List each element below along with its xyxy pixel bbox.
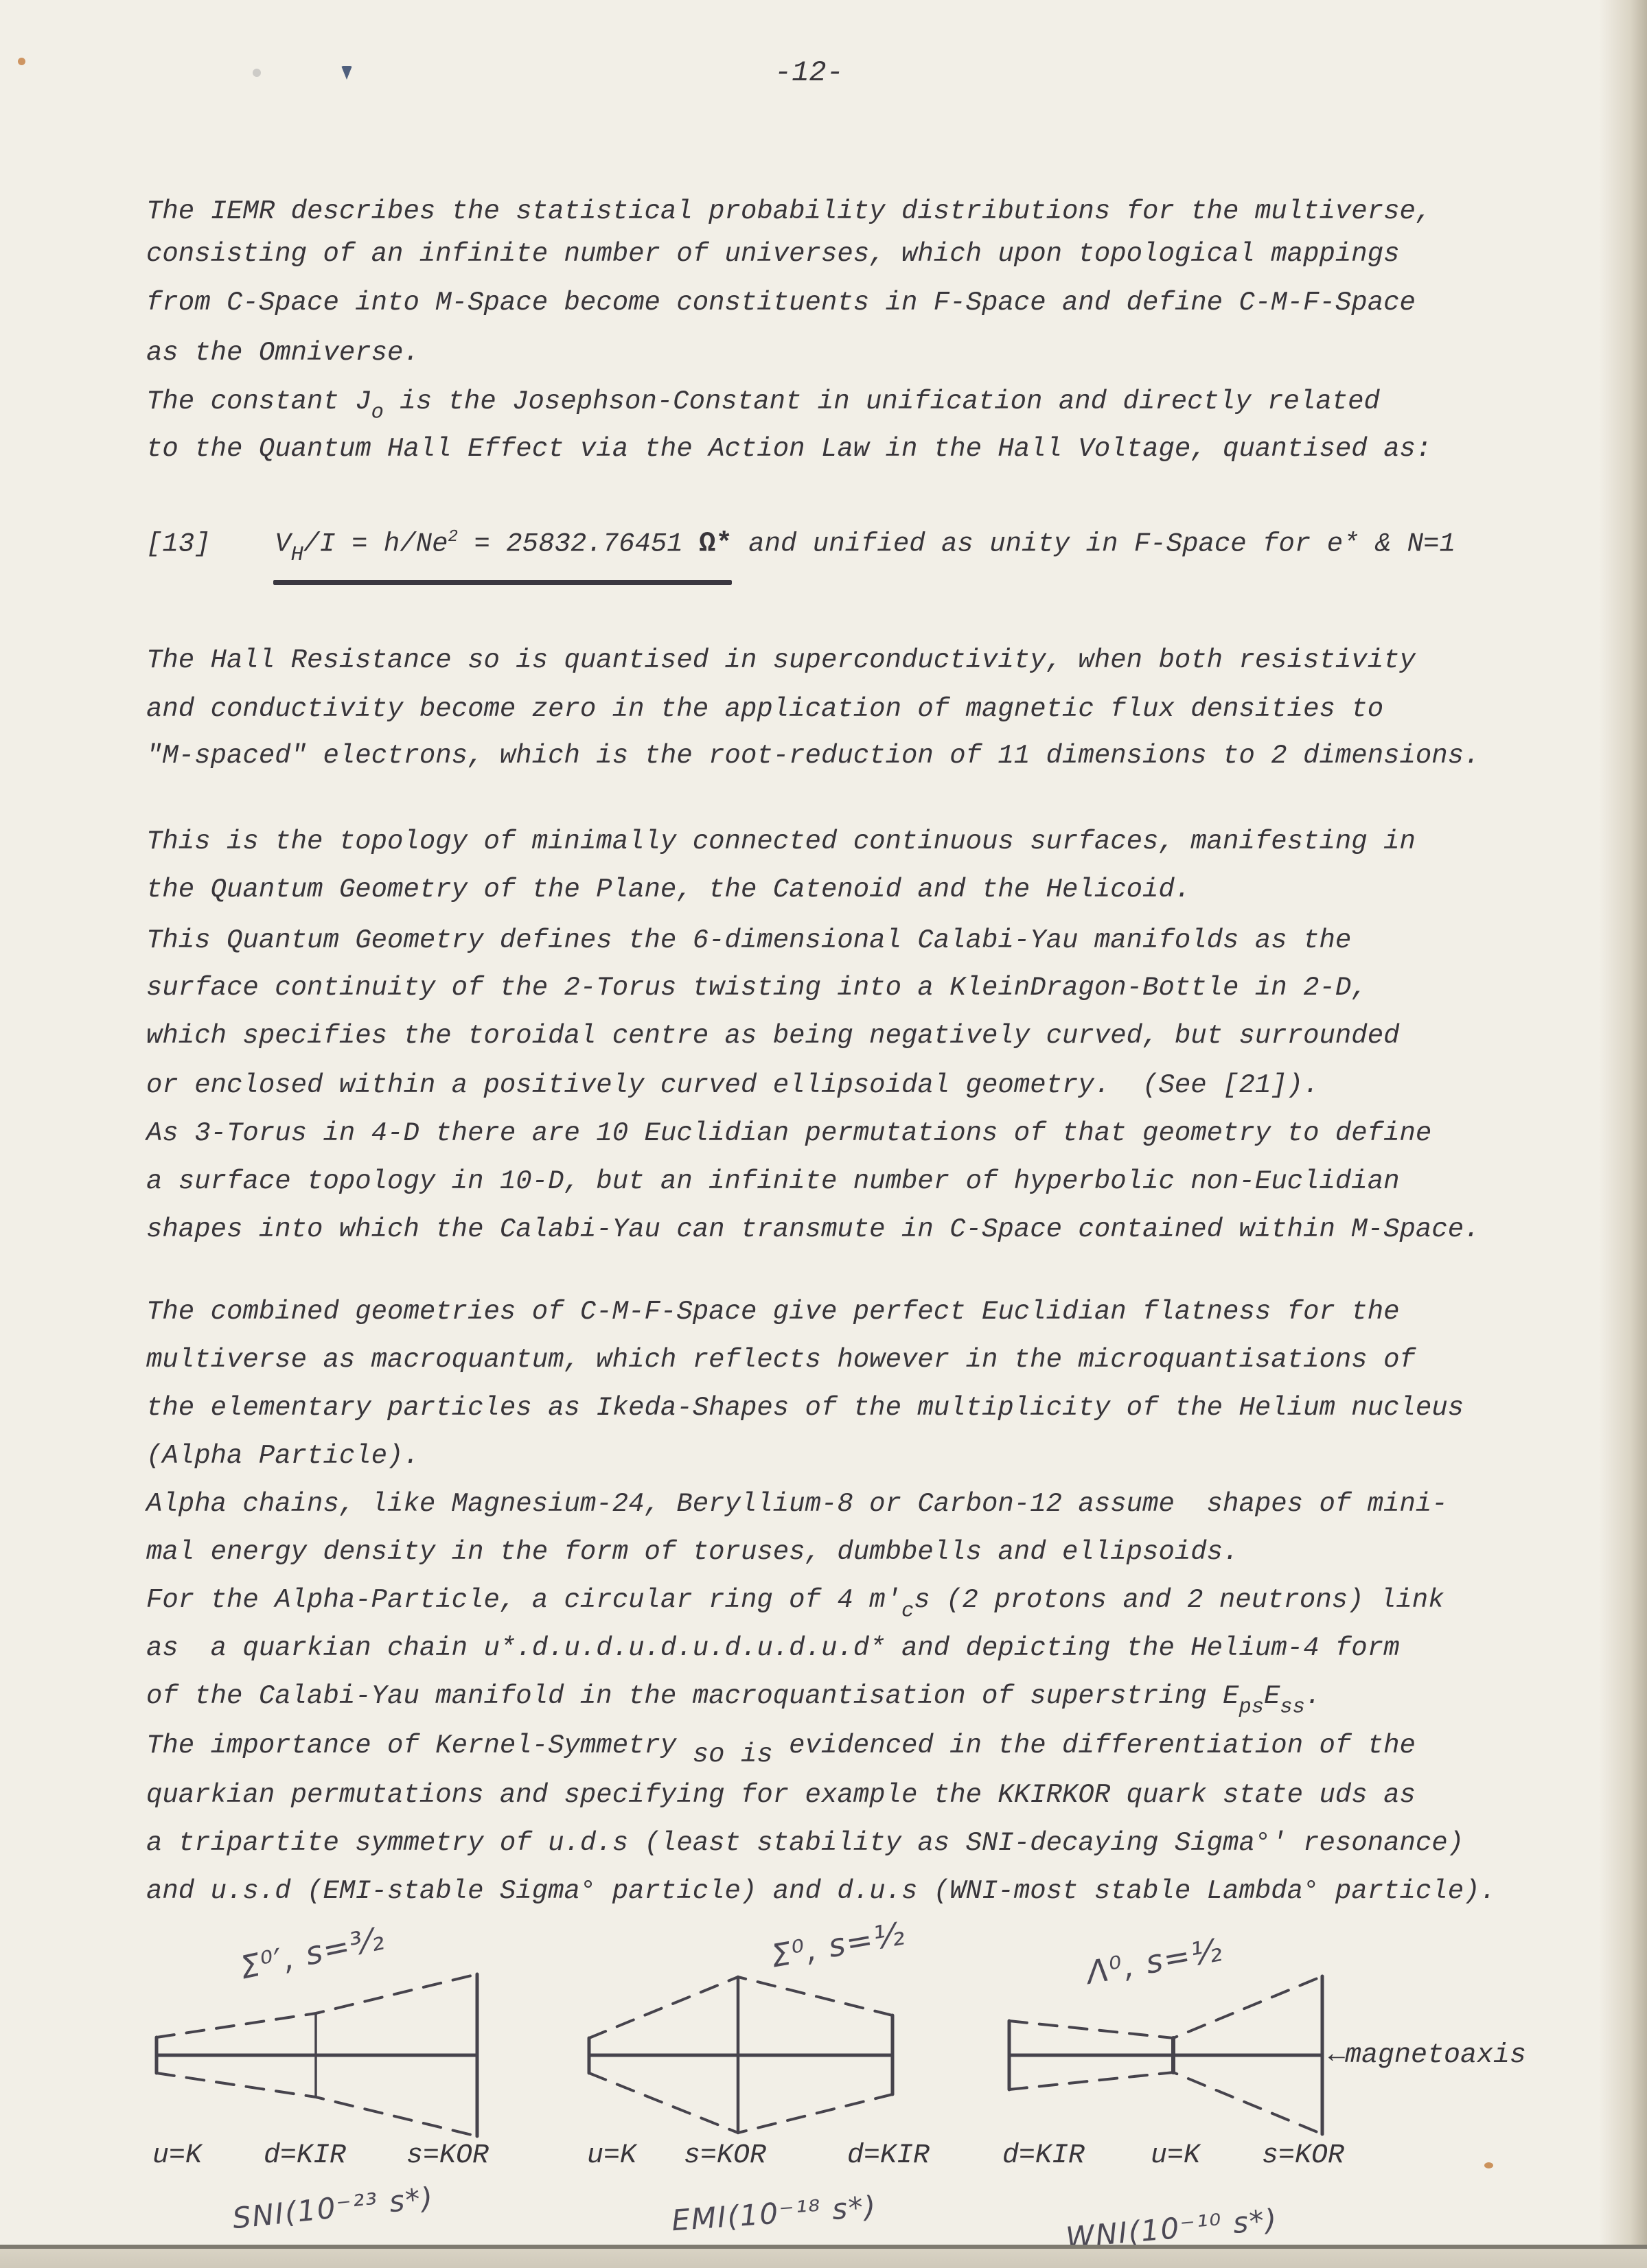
text-line: multiverse as macroquantum, which reflec… bbox=[146, 1343, 1416, 1377]
text-segment: H bbox=[291, 544, 303, 567]
text-line: mal energy density in the form of toruse… bbox=[146, 1535, 1239, 1569]
text-segment: surface continuity of the 2-Torus twisti… bbox=[146, 973, 1368, 1003]
quark-label: u=K bbox=[152, 2140, 202, 2171]
text-segment: ps bbox=[1239, 1696, 1264, 1720]
text-line: to the Quantum Hall Effect via the Actio… bbox=[146, 432, 1431, 466]
text-line: from C-Space into M-Space become constit… bbox=[146, 286, 1416, 320]
text-segment: shapes into which the Calabi-Yau can tra… bbox=[146, 1214, 1480, 1245]
text-line: as the Omniverse. bbox=[146, 336, 419, 370]
quark-label: u=K bbox=[587, 2140, 636, 2171]
quark-label: u=K bbox=[1151, 2140, 1200, 2171]
envelope-dashed-top bbox=[1009, 1976, 1322, 2038]
text-segment: and unified as unity in F-Space for e* &… bbox=[733, 529, 1455, 559]
text-line: The Hall Resistance so is quantised in s… bbox=[146, 643, 1416, 678]
text-segment: is the Josephson-Constant in unification… bbox=[384, 386, 1380, 417]
text-segment: the elementary particles as Ikeda-Shapes… bbox=[146, 1393, 1464, 1423]
text-line: quarkian permutations and specifying for… bbox=[146, 1778, 1416, 1812]
text-segment: of the Calabi-Yau manifold in the macroq… bbox=[146, 1681, 1239, 1711]
text-segment: o bbox=[371, 402, 384, 425]
quark-label: d=KIR bbox=[847, 2140, 930, 2171]
text-segment: and conductivity become zero in the appl… bbox=[146, 694, 1383, 724]
text-segment: or enclosed within a positively curved e… bbox=[146, 1070, 1319, 1100]
paper-speck bbox=[18, 58, 25, 65]
text-line: as a quarkian chain u*.d.u.d.u.d.u.d.u.d… bbox=[146, 1631, 1400, 1665]
text-line: Alpha chains, like Magnesium-24, Berylli… bbox=[146, 1487, 1448, 1521]
text-segment: . bbox=[1305, 1681, 1321, 1711]
text-segment: = 25832.76451 bbox=[458, 529, 699, 559]
text-line: shapes into which the Calabi-Yau can tra… bbox=[146, 1212, 1480, 1247]
text-segment: The IEMR describes the statistical proba… bbox=[146, 196, 1431, 227]
text-line: a tripartite symmetry of u.d.s (least st… bbox=[146, 1826, 1464, 1860]
text-segment: The combined geometries of C-M-F-Space g… bbox=[146, 1297, 1400, 1327]
ink-mark bbox=[341, 66, 352, 80]
text-segment: the Quantum Geometry of the Plane, the C… bbox=[146, 875, 1190, 905]
text-line: and conductivity become zero in the appl… bbox=[146, 692, 1383, 726]
text-line: The constant Jo is the Josephson-Constan… bbox=[146, 384, 1380, 430]
text-segment: This is the topology of minimally connec… bbox=[146, 826, 1416, 857]
quark-label: s=KOR bbox=[684, 2140, 766, 2171]
text-segment: as the Omniverse. bbox=[146, 338, 419, 368]
text-segment: The importance of Kernel-Symmetry bbox=[146, 1731, 693, 1761]
document-page: -12- The IEMR describes the statistical … bbox=[0, 0, 1647, 2268]
text-line: of the Calabi-Yau manifold in the macroq… bbox=[146, 1679, 1321, 1725]
text-line: The combined geometries of C-M-F-Space g… bbox=[146, 1295, 1400, 1329]
text-line: This Quantum Geometry defines the 6-dime… bbox=[146, 923, 1351, 958]
magnetoaxis-label: ←magnetoaxis bbox=[1328, 2040, 1526, 2071]
text-line: For the Alpha-Particle, a circular ring … bbox=[146, 1583, 1444, 1629]
text-segment: quarkian permutations and specifying for… bbox=[146, 1780, 1416, 1810]
text-segment: which specifies the toroidal centre as b… bbox=[146, 1021, 1400, 1051]
text-line: the elementary particles as Ikeda-Shapes… bbox=[146, 1391, 1464, 1425]
quark-label: s=KOR bbox=[1262, 2140, 1344, 2171]
text-segment: Ω* bbox=[699, 529, 733, 560]
envelope-dashed-bottom bbox=[1009, 2072, 1322, 2134]
text-segment: The constant J bbox=[146, 386, 371, 417]
text-line: The importance of Kernel-Symmetry so is … bbox=[146, 1728, 1416, 1763]
page-edge-shadow-bottom bbox=[0, 2249, 1647, 2268]
text-segment: As 3-Torus in 4-D there are 10 Euclidian… bbox=[146, 1118, 1431, 1148]
text-segment: V bbox=[275, 529, 290, 559]
page-number: -12- bbox=[774, 56, 844, 89]
text-line: The IEMR describes the statistical proba… bbox=[146, 194, 1431, 229]
text-segment: s (2 protons and 2 neutrons) link bbox=[914, 1585, 1444, 1615]
text-segment: mal energy density in the form of toruse… bbox=[146, 1537, 1239, 1567]
text-segment: ss bbox=[1280, 1696, 1305, 1720]
text-segment: c bbox=[901, 1600, 914, 1623]
text-line: [13] VH/I = h/Ne2 = 25832.76451 Ω* and u… bbox=[146, 520, 1455, 572]
text-segment: consisting of an infinite number of univ… bbox=[146, 239, 1400, 269]
text-line: consisting of an infinite number of univ… bbox=[146, 237, 1400, 271]
text-line: (Alpha Particle). bbox=[146, 1439, 419, 1473]
text-line: As 3-Torus in 4-D there are 10 Euclidian… bbox=[146, 1116, 1431, 1150]
text-segment: as a quarkian chain u*.d.u.d.u.d.u.d.u.d… bbox=[146, 1633, 1400, 1663]
text-segment: 2 bbox=[448, 528, 459, 546]
quark-label: d=KIR bbox=[1002, 2140, 1085, 2171]
text-line: This is the topology of minimally connec… bbox=[146, 824, 1416, 859]
text-line: or enclosed within a positively curved e… bbox=[146, 1068, 1319, 1102]
text-line: which specifies the toroidal centre as b… bbox=[146, 1019, 1400, 1053]
text-segment: "M-spaced" electrons, which is the root-… bbox=[146, 741, 1480, 771]
text-segment: For the Alpha-Particle, a circular ring … bbox=[146, 1585, 901, 1615]
text-segment: multiverse as macroquantum, which reflec… bbox=[146, 1345, 1416, 1375]
text-segment: E bbox=[1264, 1681, 1280, 1711]
envelope-dashed-bottom bbox=[589, 2073, 892, 2133]
text-segment: evidenced in the differentiation of the bbox=[773, 1731, 1416, 1761]
text-segment: from C-Space into M-Space become constit… bbox=[146, 288, 1416, 318]
text-segment: This Quantum Geometry defines the 6-dime… bbox=[146, 925, 1351, 956]
quark-label: s=KOR bbox=[406, 2140, 489, 2171]
text-segment: [13] bbox=[146, 529, 275, 559]
text-segment: /I = h/Ne bbox=[303, 529, 448, 559]
formula-underline bbox=[273, 580, 732, 585]
quark-label: d=KIR bbox=[264, 2140, 346, 2171]
paper-speck bbox=[253, 69, 261, 77]
paper-speck bbox=[1484, 2162, 1493, 2168]
text-segment: a tripartite symmetry of u.d.s (least st… bbox=[146, 1828, 1464, 1858]
text-segment: so is bbox=[693, 1739, 773, 1770]
text-line: the Quantum Geometry of the Plane, the C… bbox=[146, 872, 1190, 907]
text-line: a surface topology in 10-D, but an infin… bbox=[146, 1164, 1400, 1199]
text-segment: The Hall Resistance so is quantised in s… bbox=[146, 645, 1416, 675]
text-segment: a surface topology in 10-D, but an infin… bbox=[146, 1166, 1400, 1196]
text-line: "M-spaced" electrons, which is the root-… bbox=[146, 739, 1480, 773]
page-edge-shadow-right bbox=[1599, 0, 1647, 2268]
text-segment: (Alpha Particle). bbox=[146, 1441, 419, 1471]
text-segment: to the Quantum Hall Effect via the Actio… bbox=[146, 434, 1431, 464]
text-segment: Alpha chains, like Magnesium-24, Berylli… bbox=[146, 1489, 1448, 1519]
text-line: surface continuity of the 2-Torus twisti… bbox=[146, 971, 1368, 1005]
envelope-dashed-top bbox=[589, 1977, 892, 2038]
